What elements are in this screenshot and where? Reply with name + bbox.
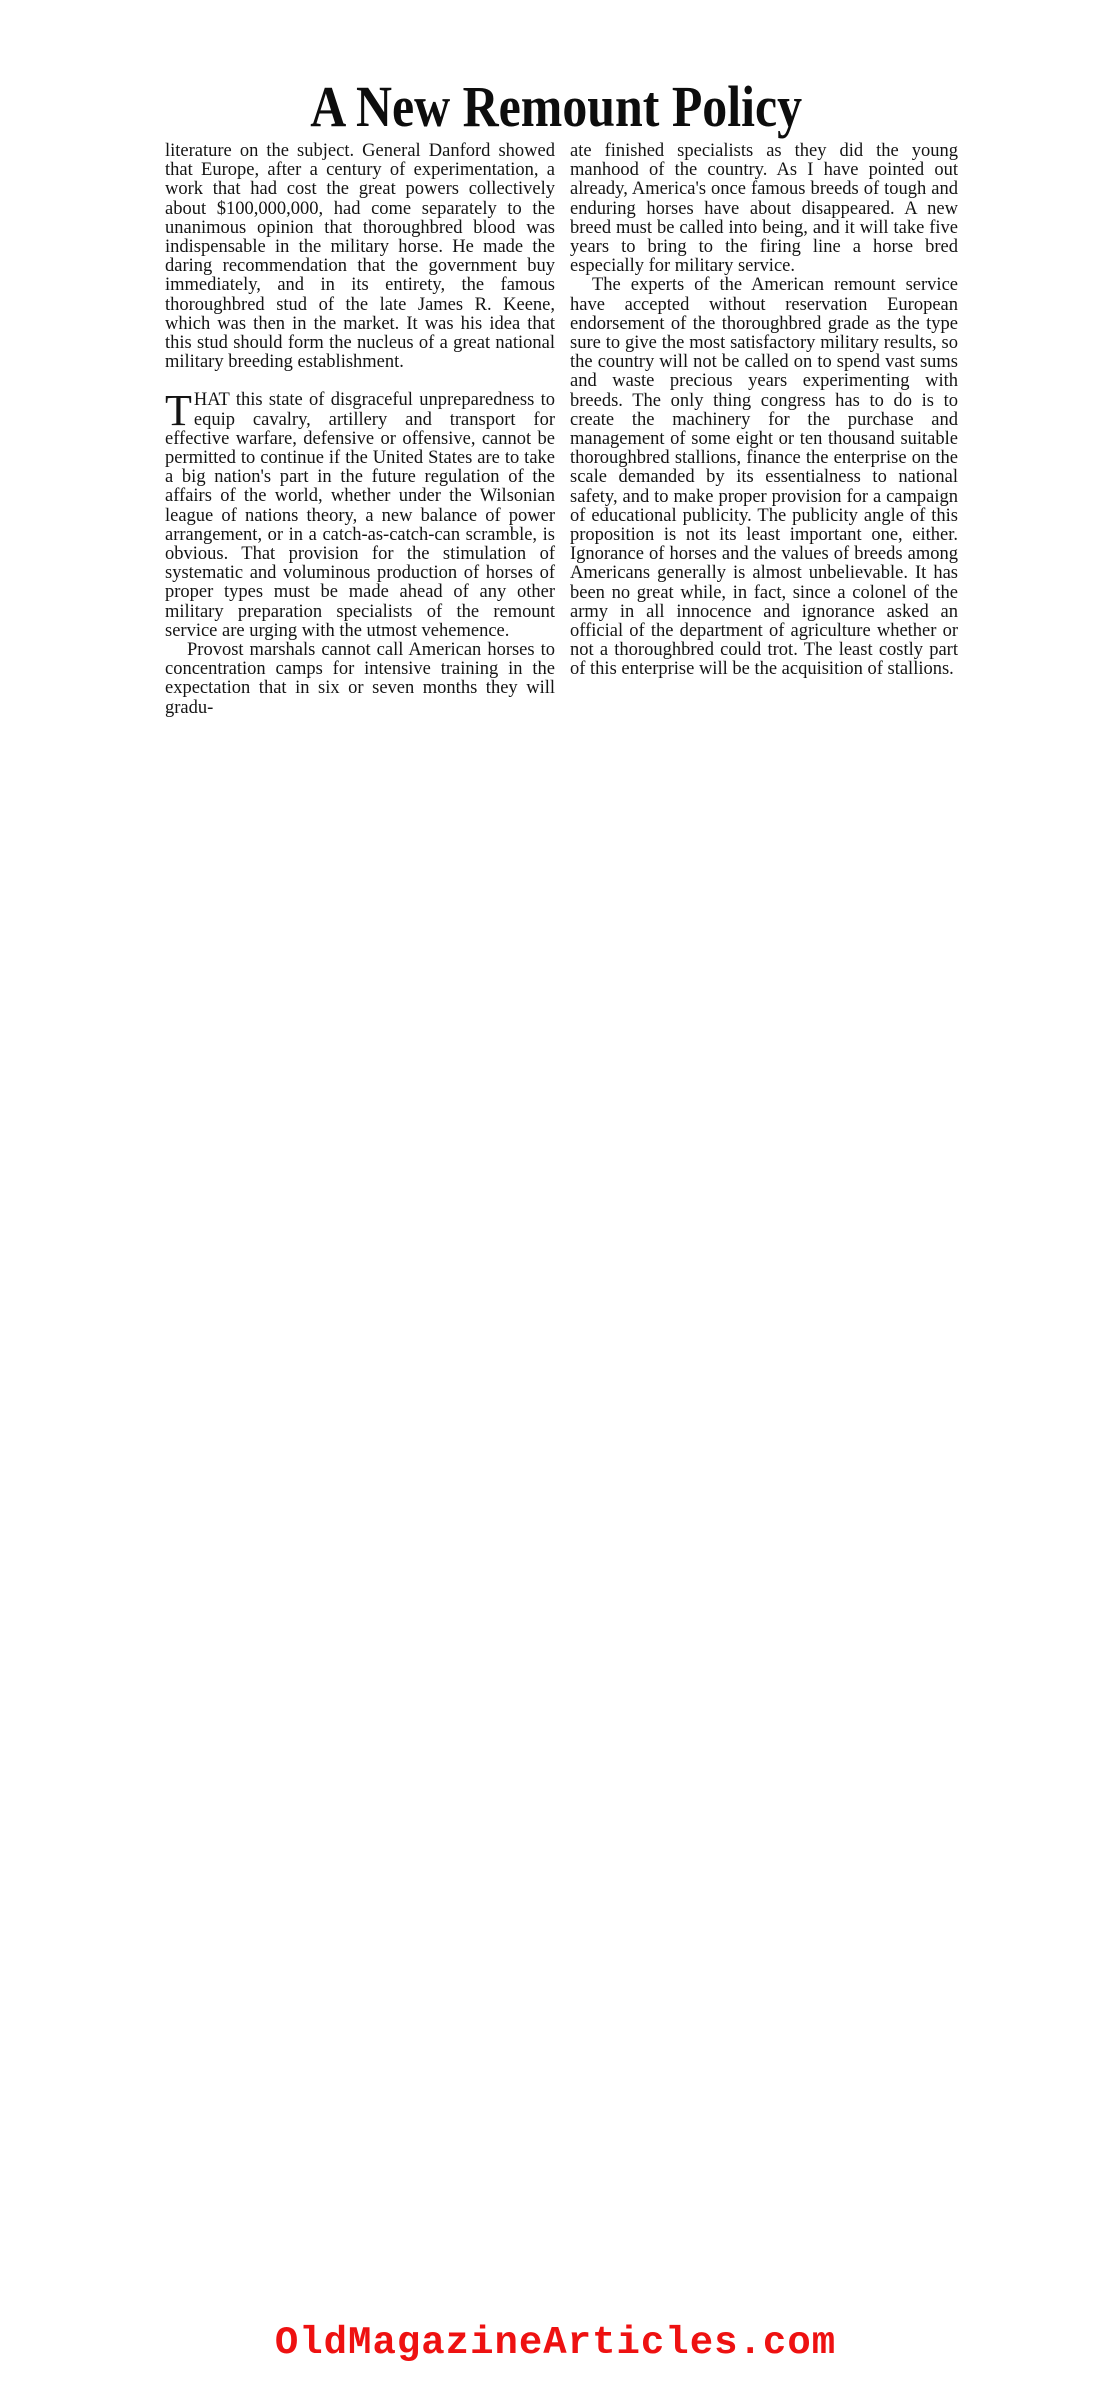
article-column-right: ate finished specialists as they did the… bbox=[570, 142, 958, 680]
page-title: A New Remount Policy bbox=[78, 67, 1033, 147]
article-paragraph: Provost marshals cannot call American ho… bbox=[165, 641, 555, 718]
site-watermark-link[interactable]: OldMagazineArticles.com bbox=[0, 2318, 1111, 2368]
article-paragraph-dropcap: THAT this state of disgraceful unprepare… bbox=[165, 391, 555, 641]
article-paragraph: ate finished specialists as they did the… bbox=[570, 142, 958, 276]
article-column-left: literature on the subject. General Danfo… bbox=[165, 142, 555, 718]
article-paragraph: The experts of the American remount serv… bbox=[570, 276, 958, 679]
article-paragraph: literature on the subject. General Danfo… bbox=[165, 142, 555, 372]
